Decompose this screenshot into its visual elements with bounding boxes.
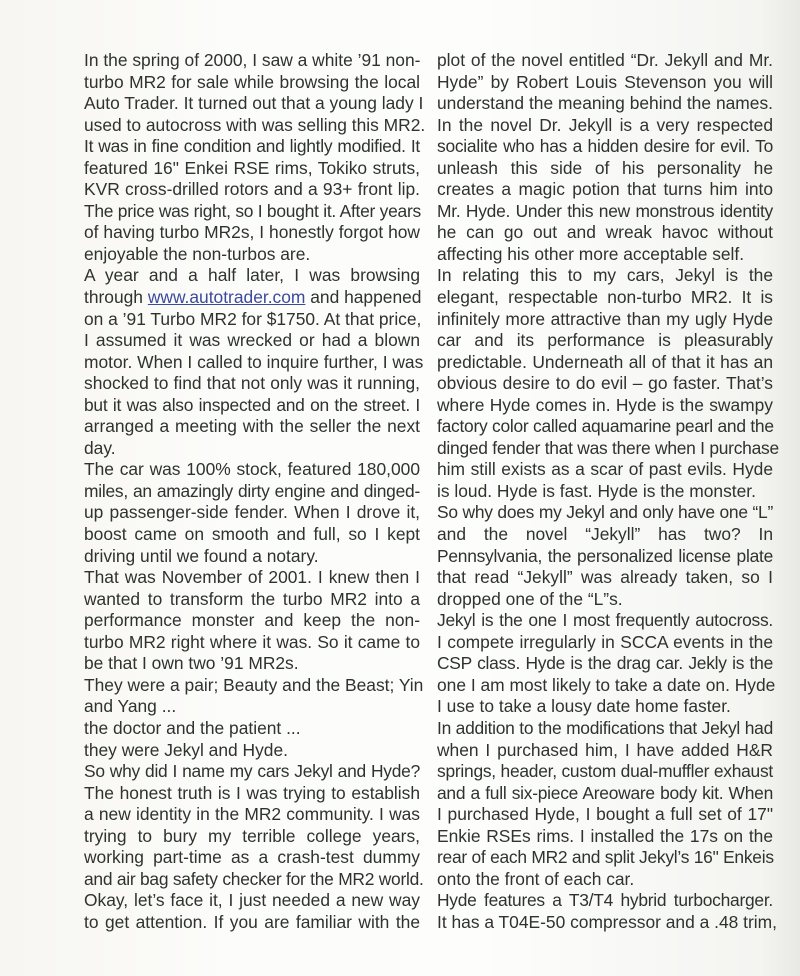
paragraph-year-and-a-half: A year and a half later, I was browsing …: [84, 265, 420, 459]
text-line: In addition to the modifications that Je…: [437, 718, 773, 740]
text-line: Jekyl is the one I most frequently autoc…: [437, 610, 773, 632]
text-line: So why does my Jekyl and only have one “…: [437, 502, 773, 524]
text-line: when I purchased him, I have added H&R: [437, 740, 773, 762]
text-line: Pennsylvania, the personalized license p…: [437, 546, 773, 568]
paragraph-autocross: Jekyl is the one I most frequently autoc…: [437, 610, 773, 718]
text-line: on a ’91 Turbo MR2 for $1750. At that pr…: [84, 309, 420, 331]
text-line: understand the meaning behind the names.: [437, 93, 773, 115]
text-line: factory color called aquamarine pearl an…: [437, 416, 773, 438]
text-line: him still exists as a scar of past evils…: [437, 459, 773, 481]
text-line: arranged a meeting with the seller the n…: [84, 416, 420, 438]
paragraph-novel-plot: plot of the novel entitled “Dr. Jekyll a…: [437, 50, 773, 265]
paragraph-spring-2000: In the spring of 2000, I saw a white ’91…: [84, 50, 420, 265]
text-line: driving until we found a notary.: [84, 546, 420, 568]
text-line: and a full six-piece Areoware body kit. …: [437, 783, 773, 805]
text-fragment: through: [84, 287, 143, 307]
text-line: where Hyde comes in. Hyde is the swampy: [437, 395, 773, 417]
paragraph-november-2001: That was November of 2001. I knew then I…: [84, 567, 420, 675]
paragraph-pair: They were a pair; Beauty and the Beast; …: [84, 675, 420, 718]
text-line: The car was 100% stock, featured 180,000: [84, 459, 420, 481]
text-line: but it was also inspected and on the str…: [84, 395, 420, 417]
text-line: miles, an amazingly dirty engine and din…: [84, 481, 420, 503]
text-line: rear of each MR2 and split Jekyl’s 16" E…: [437, 847, 773, 869]
text-line: featured 16" Enkei RSE rims, Tokiko stru…: [84, 158, 420, 180]
text-line: So why did I name my cars Jekyl and Hyde…: [84, 761, 420, 783]
magazine-page: In the spring of 2000, I saw a white ’91…: [0, 0, 800, 976]
text-line: In relating this to my cars, Jekyl is th…: [437, 265, 773, 287]
text-line: one I am most likely to take a date on. …: [437, 675, 773, 697]
text-line: onto the front of each car.: [437, 869, 773, 891]
text-line: unleash this side of his personality he: [437, 158, 773, 180]
text-line: Hyde features a T3/T4 hybrid turbocharge…: [437, 890, 773, 912]
text-line: Auto Trader. It turned out that a young …: [84, 93, 420, 115]
text-line: working part-time as a crash-test dummy: [84, 847, 420, 869]
autotrader-link[interactable]: www.autotrader.com: [148, 287, 306, 307]
text-line: used to autocross with was selling this …: [84, 115, 420, 137]
paragraph-modifications: In addition to the modifications that Je…: [437, 718, 773, 890]
text-line: creates a magic potion that turns him in…: [437, 179, 773, 201]
text-fragment: and happened: [310, 287, 421, 307]
text-line: That was November of 2001. I knew then I: [84, 567, 420, 589]
text-line: infinitely more attractive than my ugly …: [437, 309, 773, 331]
text-line: The honest truth is I was trying to esta…: [84, 783, 420, 805]
text-line: In the novel Dr. Jekyll is a very respec…: [437, 115, 773, 137]
text-line: dropped one of the “L”s.: [437, 589, 773, 611]
paragraph-turbocharger: Hyde features a T3/T4 hybrid turbocharge…: [437, 890, 773, 933]
paragraph-car-stock: The car was 100% stock, featured 180,000…: [84, 459, 420, 567]
paragraph-relating-to-cars: In relating this to my cars, Jekyl is th…: [437, 265, 773, 502]
text-line: In the spring of 2000, I saw a white ’91…: [84, 50, 420, 72]
text-line: turbo MR2 for sale while browsing the lo…: [84, 72, 420, 94]
text-line: obvious desire to do evil – go faster. T…: [437, 373, 773, 395]
text-line: and Yang ...: [84, 696, 420, 718]
paragraph-one-l: So why does my Jekyl and only have one “…: [437, 502, 773, 610]
text-line: A year and a half later, I was browsing: [84, 265, 420, 287]
text-line: Okay, let’s face it, I just needed a new…: [84, 890, 420, 912]
text-line: elegant, respectable non-turbo MR2. It i…: [437, 287, 773, 309]
paragraph-why-name: So why did I name my cars Jekyl and Hyde…: [84, 761, 420, 933]
text-line: performance monster and keep the non-: [84, 610, 420, 632]
right-column: plot of the novel entitled “Dr. Jekyll a…: [437, 50, 773, 933]
text-line: boost came on smooth and full, so I kept: [84, 524, 420, 546]
paragraph-doctor-patient: the doctor and the patient ...: [84, 718, 420, 740]
text-line: The price was right, so I bought it. Aft…: [84, 201, 420, 223]
text-line: be that I own two ’91 MR2s.: [84, 653, 420, 675]
text-line: They were a pair; Beauty and the Beast; …: [84, 675, 420, 697]
text-line: springs, header, custom dual-muffler exh…: [437, 761, 773, 783]
text-line: plot of the novel entitled “Dr. Jekyll a…: [437, 50, 773, 72]
text-line: to get attention. If you are familiar wi…: [84, 912, 420, 934]
text-line: I use to take a lousy date home faster.: [437, 696, 773, 718]
text-line: affecting his other more acceptable self…: [437, 244, 773, 266]
paragraph-jekyl-hyde: they were Jekyl and Hyde.: [84, 740, 420, 762]
text-line: and air bag safety checker for the MR2 w…: [84, 869, 420, 891]
text-line: Enkie RSEs rims. I installed the 17s on …: [437, 826, 773, 848]
text-line: KVR cross-drilled rotors and a 93+ front…: [84, 179, 420, 201]
text-line: he can go out and wreak havoc without: [437, 222, 773, 244]
text-line: I compete irregularly in SCCA events in …: [437, 632, 773, 654]
text-line: they were Jekyl and Hyde.: [84, 740, 420, 762]
text-line: enjoyable the non-turbos are.: [84, 244, 420, 266]
text-line: Mr. Hyde. Under this new monstrous ident…: [437, 201, 773, 223]
text-line: day.: [84, 438, 420, 460]
text-line: I assumed it was wrecked or had a blown: [84, 330, 420, 352]
text-line: trying to bury my terrible college years…: [84, 826, 420, 848]
text-line: dinged fender that was there when I purc…: [437, 438, 773, 460]
text-line: that read “Jekyll” was already taken, so…: [437, 567, 773, 589]
text-line: predictable. Underneath all of that it h…: [437, 352, 773, 374]
text-line: the doctor and the patient ...: [84, 718, 420, 740]
text-line: It has a T04E-50 compressor and a .48 tr…: [437, 912, 773, 934]
text-line: I purchased Hyde, I bought a full set of…: [437, 804, 773, 826]
text-line: motor. When I called to inquire further,…: [84, 352, 420, 374]
text-line: socialite who has a hidden desire for ev…: [437, 136, 773, 158]
text-line: a new identity in the MR2 community. I w…: [84, 804, 420, 826]
text-line: Hyde” by Robert Louis Stevenson you will: [437, 72, 773, 94]
text-line: of having turbo MR2s, I honestly forgot …: [84, 222, 420, 244]
text-line: It was in fine condition and lightly mod…: [84, 136, 420, 158]
text-line: turbo MR2 right where it was. So it came…: [84, 632, 420, 654]
text-line-with-link: through www.autotrader.com and happened: [84, 287, 420, 309]
text-line: car and its performance is pleasurably: [437, 330, 773, 352]
text-line: is loud. Hyde is fast. Hyde is the monst…: [437, 481, 773, 503]
text-line: CSP class. Hyde is the drag car. Jekly i…: [437, 653, 773, 675]
text-line: wanted to transform the turbo MR2 into a: [84, 589, 420, 611]
text-line: up passenger-side fender. When I drove i…: [84, 502, 420, 524]
text-line: and the novel “Jekyll” has two? In: [437, 524, 773, 546]
text-line: shocked to find that not only was it run…: [84, 373, 420, 395]
left-column: In the spring of 2000, I saw a white ’91…: [84, 50, 420, 933]
